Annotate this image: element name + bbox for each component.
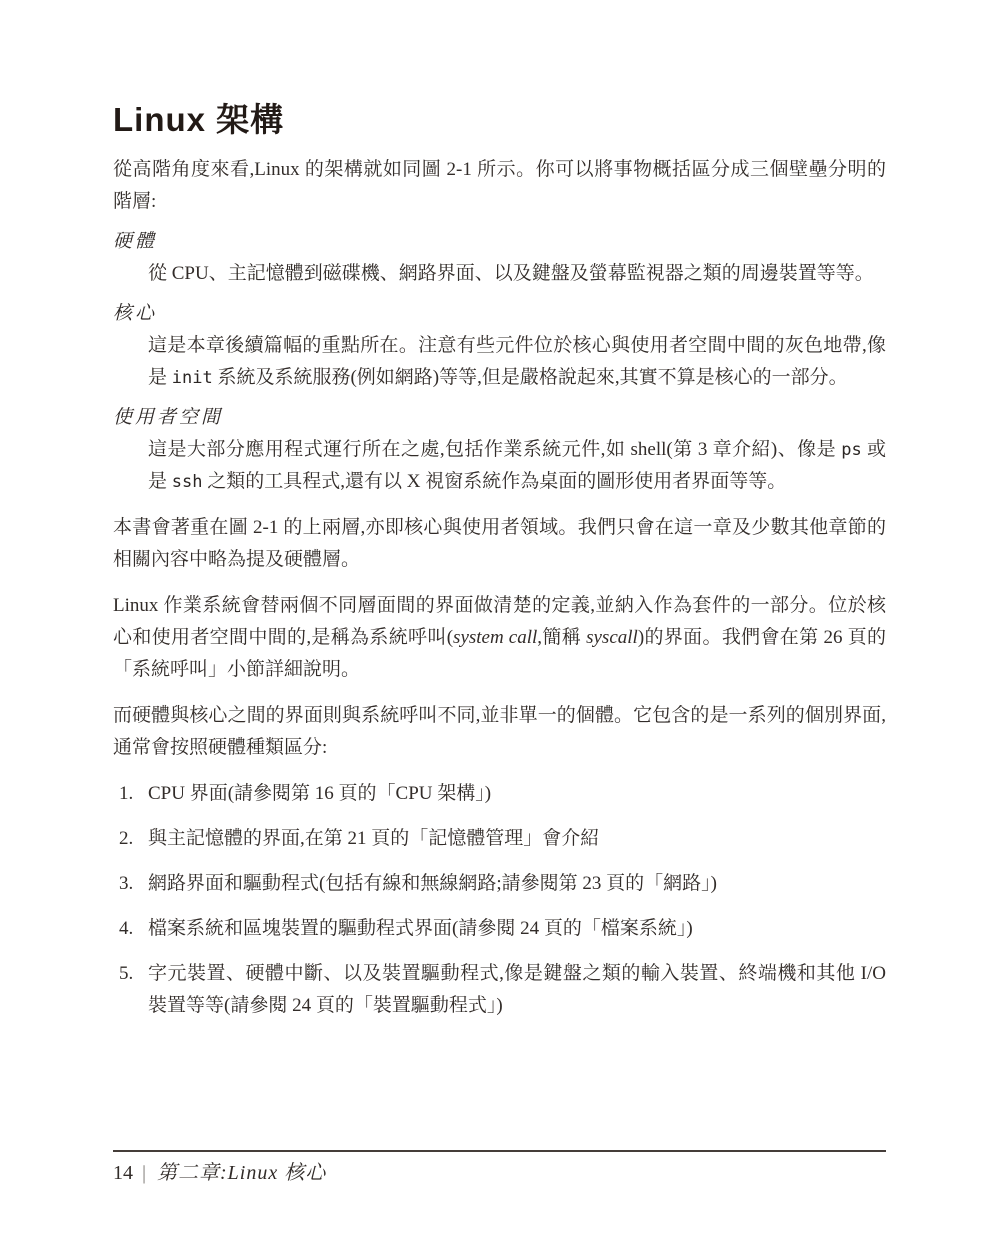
- item-text: 檔案系統和區塊裝置的驅動程式界面(請參閱 24 頁的「檔案系統」): [148, 913, 886, 945]
- footer-separator: |: [143, 1160, 146, 1186]
- inline-code-ssh: ssh: [172, 472, 203, 492]
- list-item-memory: 2.與主記憶體的界面,在第 21 頁的「記憶體管理」會介紹: [113, 823, 886, 855]
- page-content: Linux 架構 從高階角度來看,Linux 的架構就如同圖 2-1 所示。你可…: [113, 100, 886, 1022]
- page-title: Linux 架構: [113, 100, 886, 140]
- term-userspace: 使用者空間: [113, 402, 886, 434]
- list-item-filesystem: 4.檔案系統和區塊裝置的驅動程式界面(請參閱 24 頁的「檔案系統」): [113, 913, 886, 945]
- intro-paragraph: 從高階角度來看,Linux 的架構就如同圖 2-1 所示。你可以將事物概括區分成…: [113, 154, 886, 218]
- page-footer: 14|第二章:Linux 核心: [113, 1150, 886, 1186]
- list-item-network: 3.網路界面和驅動程式(包括有線和無線網路;請參閱第 23 頁的「網路」): [113, 868, 886, 900]
- item-number: 5.: [113, 958, 148, 1022]
- item-text: CPU 界面(請參閱第 16 頁的「CPU 架構」): [148, 778, 886, 810]
- item-text: 與主記憶體的界面,在第 21 頁的「記憶體管理」會介紹: [148, 823, 886, 855]
- list-item-chardev: 5.字元裝置、硬體中斷、以及裝置驅動程式,像是鍵盤之類的輸入裝置、終端機和其他 …: [113, 958, 886, 1022]
- layer-definition-list: 硬體 從 CPU、主記憶體到磁碟機、網路界面、以及鍵盤及螢幕監視器之類的周邊裝置…: [113, 226, 886, 498]
- item-number: 3.: [113, 868, 148, 900]
- book-page: Linux 架構 從高階角度來看,Linux 的架構就如同圖 2-1 所示。你可…: [0, 0, 1000, 1243]
- italic-system-call: system call: [453, 627, 537, 648]
- italic-syscall: syscall: [586, 627, 638, 648]
- item-text: 字元裝置、硬體中斷、以及裝置驅動程式,像是鍵盤之類的輸入裝置、終端機和其他 I/…: [148, 958, 886, 1022]
- term-userspace-desc: 這是大部分應用程式運行所在之處,包括作業系統元件,如 shell(第 3 章介紹…: [148, 434, 886, 498]
- term-hardware-desc: 從 CPU、主記憶體到磁碟機、網路界面、以及鍵盤及螢幕監視器之類的周邊裝置等等。: [148, 258, 886, 290]
- term-kernel-desc: 這是本章後續篇幅的重點所在。注意有些元件位於核心與使用者空間中間的灰色地帶,像是…: [148, 330, 886, 394]
- term-hardware-text: 從 CPU、主記憶體到磁碟機、網路界面、以及鍵盤及螢幕監視器之類的周邊裝置等等。: [148, 263, 874, 284]
- paragraph-syscall: Linux 作業系統會替兩個不同層面間的界面做清楚的定義,並納入作為套件的一部分…: [113, 590, 886, 686]
- inline-code-init: init: [172, 368, 213, 388]
- item-number: 4.: [113, 913, 148, 945]
- paragraph-focus: 本書會著重在圖 2-1 的上兩層,亦即核心與使用者領域。我們只會在這一章及少數其…: [113, 512, 886, 576]
- hw-interface-list: 1.CPU 界面(請參閱第 16 頁的「CPU 架構」) 2.與主記憶體的界面,…: [113, 778, 886, 1022]
- term-userspace-text-1: 這是大部分應用程式運行所在之處,包括作業系統元件,如 shell(第 3 章介紹…: [148, 439, 841, 460]
- term-hardware: 硬體: [113, 226, 886, 258]
- syscall-text-2: ,簡稱: [537, 627, 586, 648]
- chapter-title: 第二章:Linux 核心: [157, 1162, 326, 1184]
- term-userspace-text-3: 之類的工具程式,還有以 X 視窗系統作為桌面的圖形使用者界面等等。: [202, 471, 786, 492]
- inline-code-ps: ps: [841, 440, 861, 460]
- item-number: 1.: [113, 778, 148, 810]
- item-number: 2.: [113, 823, 148, 855]
- page-number: 14: [113, 1162, 133, 1184]
- list-item-cpu: 1.CPU 界面(請參閱第 16 頁的「CPU 架構」): [113, 778, 886, 810]
- item-text: 網路界面和驅動程式(包括有線和無線網路;請參閱第 23 頁的「網路」): [148, 868, 886, 900]
- paragraph-hw-interfaces: 而硬體與核心之間的界面則與系統呼叫不同,並非單一的個體。它包含的是一系列的個別界…: [113, 700, 886, 764]
- term-kernel-text-2: 系統及系統服務(例如網路)等等,但是嚴格說起來,其實不算是核心的一部分。: [213, 367, 848, 388]
- term-kernel: 核心: [113, 298, 886, 330]
